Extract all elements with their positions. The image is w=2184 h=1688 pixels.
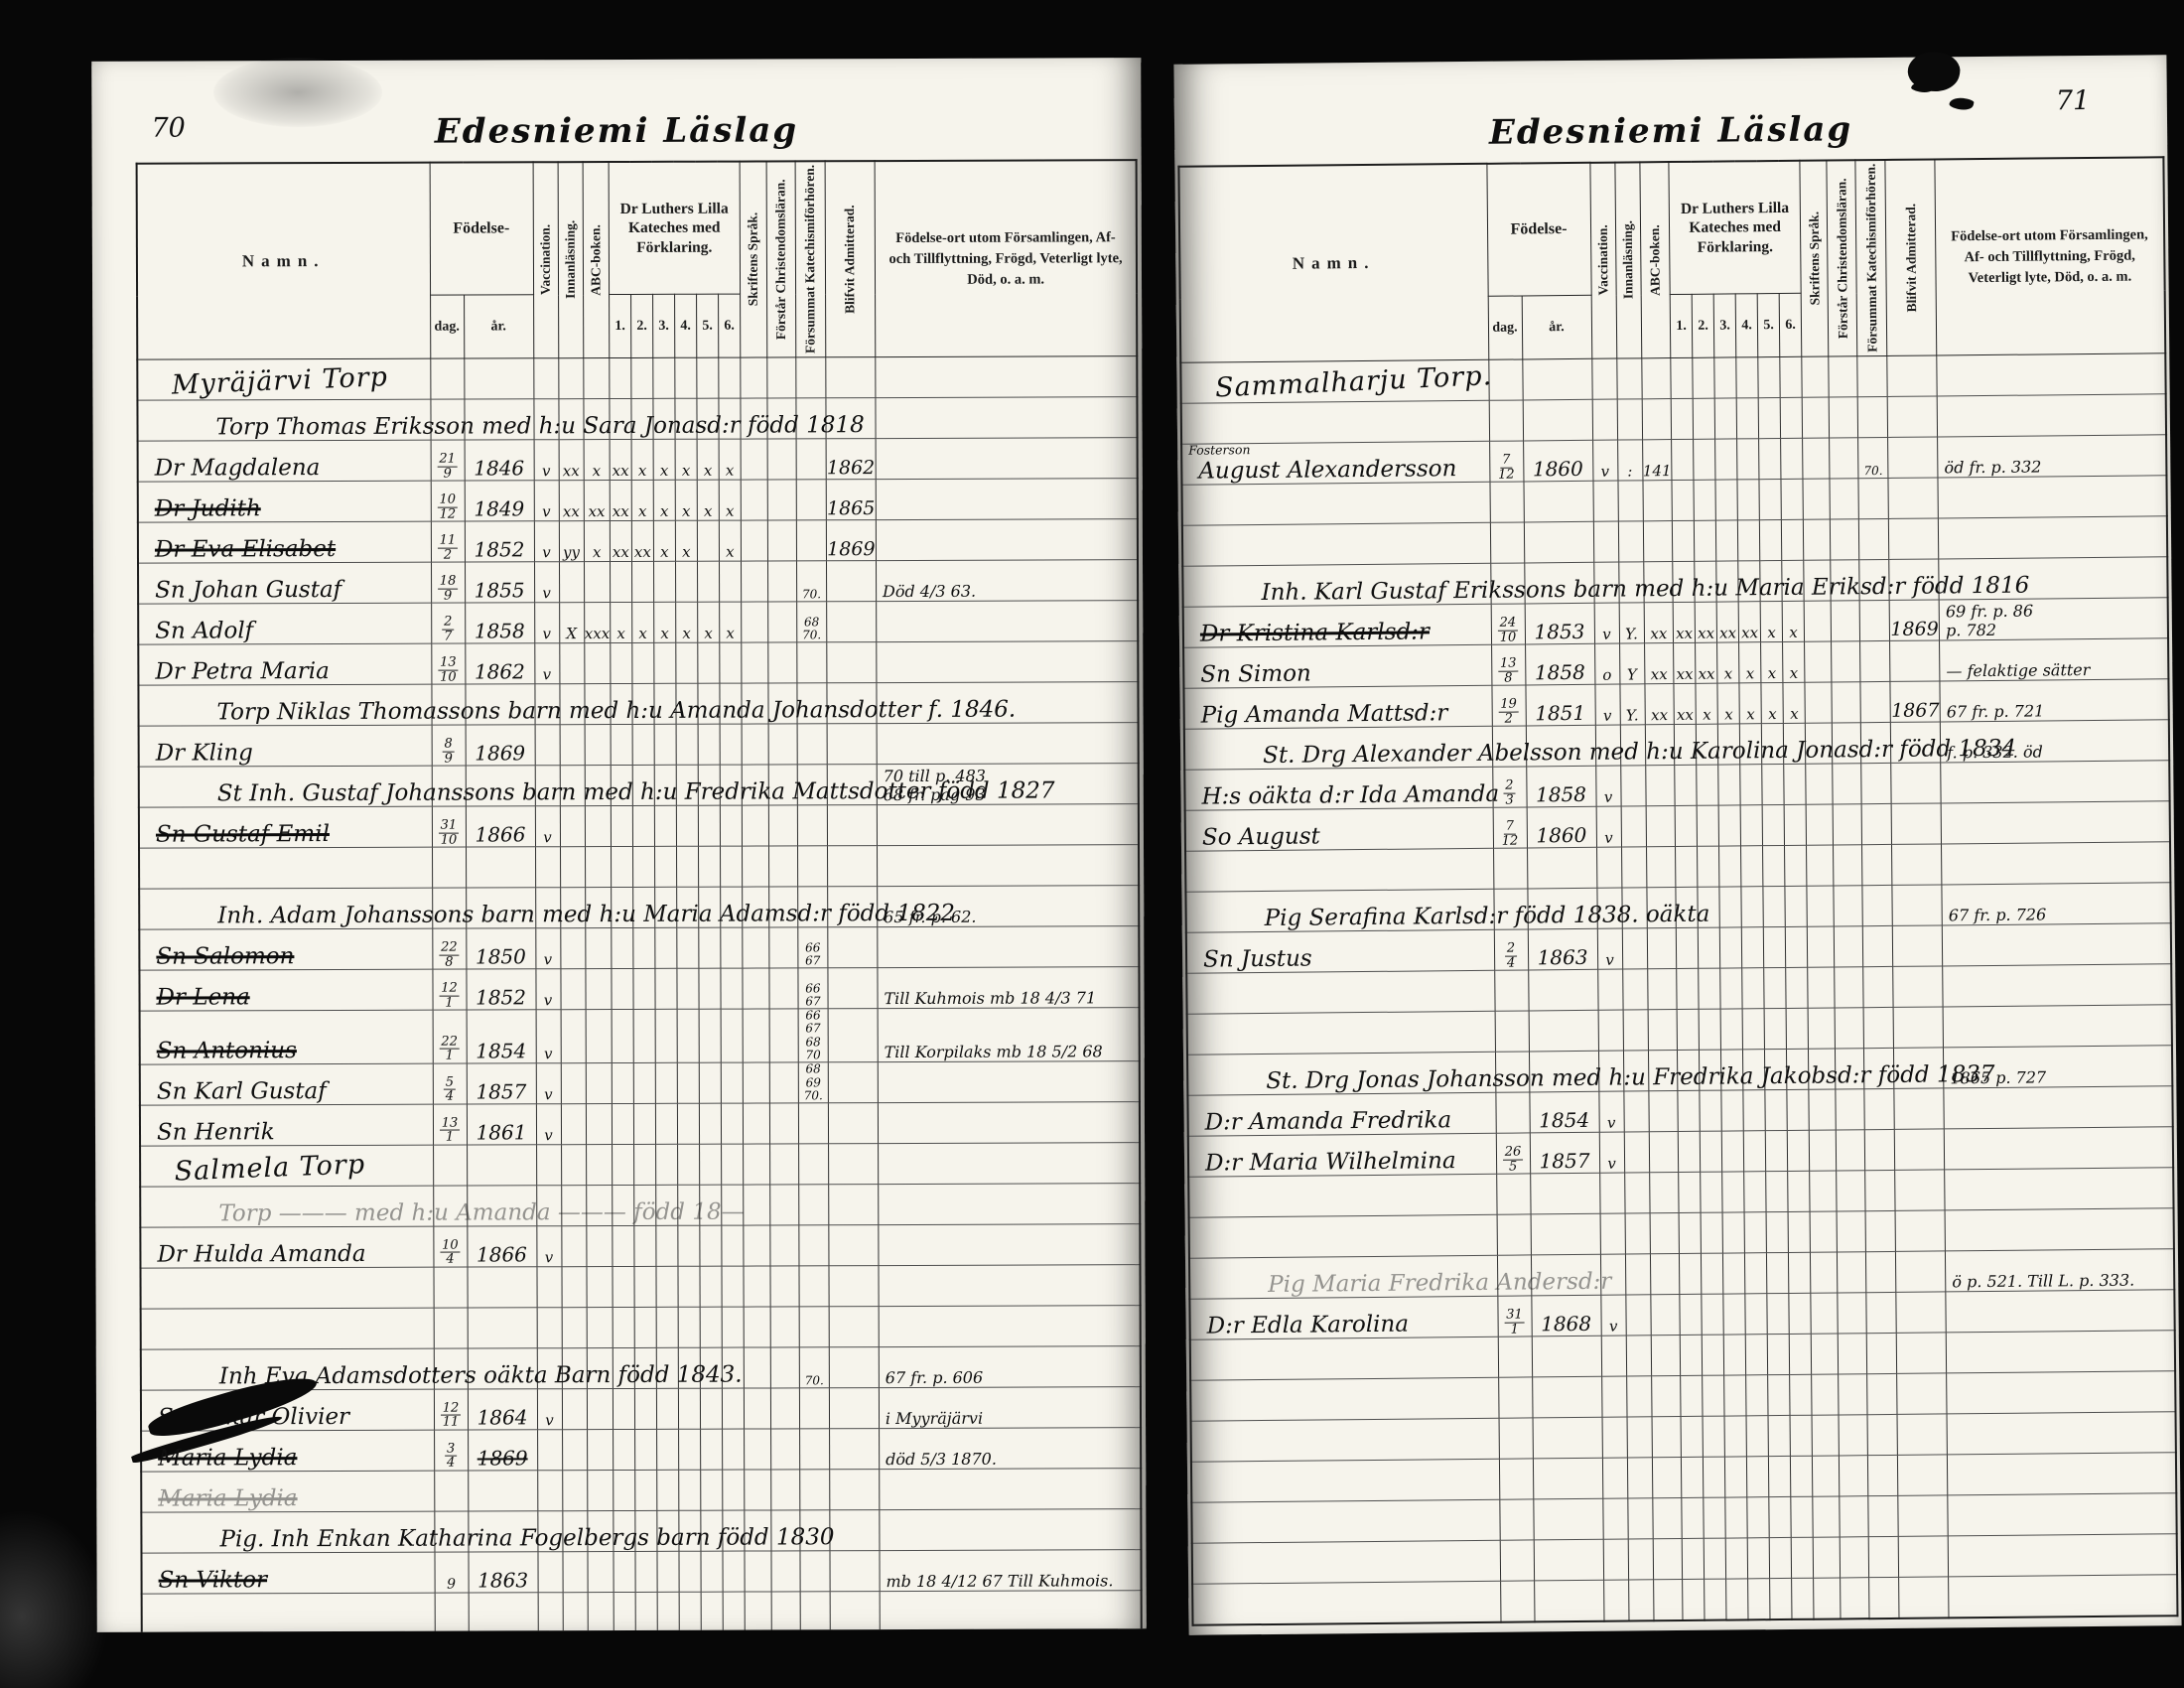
- family-name: Torp Niklas Thomassons barn med h:u Aman…: [216, 699, 1016, 725]
- cell-forsummat: 70.: [799, 1347, 829, 1388]
- cell-forsummat: [797, 846, 827, 887]
- cell-forsummat: [798, 1144, 828, 1185]
- cell-vaccination: v: [534, 562, 559, 603]
- cell-innanlasning: [562, 1308, 587, 1348]
- cell-forstar: [768, 846, 797, 887]
- cell-katekes-2: [1694, 439, 1715, 480]
- cell-birth-year: 1869: [468, 1430, 537, 1471]
- cell-katekes-1: [1683, 1580, 1705, 1620]
- cell-katekes-3: [1723, 1294, 1745, 1335]
- cell-katekes-3: [657, 1551, 679, 1592]
- margin-note: Till Korpilaks mb 18 5/2 68: [879, 1043, 1140, 1061]
- person-name: Sn Antonius: [157, 1040, 297, 1062]
- cell-admitterad: [829, 1307, 879, 1347]
- cell-skriftens-sprak: [742, 642, 768, 683]
- cell-abc: [586, 1267, 613, 1308]
- cell-birth-day: 228: [432, 928, 466, 969]
- cell-notes: — felaktige sätter: [1940, 638, 2168, 681]
- cell-birth-year: 1860: [1527, 807, 1596, 849]
- family-name: Pig. Inh Enkan Katharina Fogelbergs barn…: [219, 1526, 834, 1551]
- cell-katekes-1: [1680, 1295, 1702, 1336]
- cell-katekes-2: [633, 969, 655, 1010]
- cell-abc: [1643, 521, 1673, 562]
- cell-katekes-2: x: [632, 603, 654, 643]
- cell-katekes-4: [1741, 887, 1763, 927]
- cell-admitterad: [1898, 1455, 1948, 1495]
- cell-katekes-3: [654, 847, 676, 888]
- cell-notes: [1949, 1575, 2177, 1618]
- cell-birth-day: [1497, 1214, 1531, 1255]
- cell-katekes-3: [1722, 1172, 1744, 1212]
- cell-forstar: [1836, 1089, 1864, 1130]
- cell-abc: [1642, 399, 1672, 440]
- cell-katekes-5: [700, 1388, 722, 1429]
- cell-katekes-2: xx: [631, 521, 653, 562]
- cell-abc: [1646, 806, 1676, 847]
- cell-forsummat: [796, 439, 826, 480]
- cell-katekes-6: [719, 357, 741, 398]
- cell-admitterad: [830, 1592, 880, 1632]
- cell-innanlasning: [1621, 806, 1646, 847]
- cell-forsummat: 70.: [1858, 438, 1888, 479]
- cell-birth-day: 138: [1491, 644, 1525, 685]
- section-name: Sammalharju Torp.: [1214, 362, 1492, 401]
- cell-forstar: [767, 439, 796, 480]
- cell-innanlasning: [560, 725, 585, 766]
- cell-notes: [879, 1306, 1141, 1347]
- cell-forsummat: [1866, 1334, 1896, 1374]
- cell-notes: [1942, 842, 2170, 885]
- cell-forsummat: [1868, 1496, 1898, 1537]
- cell-forsummat: [1860, 641, 1890, 682]
- cell-katekes-4: [1746, 1416, 1768, 1457]
- person-name: Sn Adolf: [155, 621, 253, 643]
- person-name: So August: [1202, 826, 1320, 850]
- col-katekes-grad: 1.: [609, 294, 630, 357]
- cell-katekes-2: [635, 1551, 657, 1592]
- cell-katekes-1: [612, 1062, 633, 1103]
- col-katekes-grad: 6.: [1779, 293, 1802, 356]
- cell-forsummat: [1869, 1578, 1899, 1618]
- cell-birth-day: 89: [432, 725, 466, 766]
- cell-name: Inh. Adam Johanssons barn med h:u Maria …: [139, 888, 432, 929]
- cell-birth-year: [1534, 1539, 1603, 1581]
- cell-skriftens-sprak: [741, 561, 767, 602]
- cell-skriftens-sprak: [744, 1429, 770, 1470]
- cell-katekes-6: [722, 1429, 744, 1470]
- cell-katekes-3: [1720, 968, 1742, 1009]
- cell-forsummat: [799, 1388, 829, 1429]
- cell-katekes-6: [1789, 1252, 1811, 1293]
- cell-admitterad: 1862: [826, 439, 876, 480]
- cell-abc: [585, 725, 612, 766]
- family-name: Pig Serafina Karlsd:r född 1838. oäkta: [1265, 904, 1710, 930]
- margin-note: död 5/3 1870.: [880, 1450, 1141, 1469]
- cell-birth-year: [1523, 482, 1592, 523]
- cell-notes: [880, 1509, 1142, 1551]
- cell-katekes-1: [613, 1307, 634, 1347]
- cell-katekes-2: [1705, 1579, 1726, 1619]
- margin-note: ö p. 521. Till L. p. 333.: [1946, 1271, 2173, 1292]
- cell-katekes-4: x: [1739, 642, 1761, 683]
- cell-name: Dr Judith: [138, 481, 431, 522]
- cell-katekes-3: [656, 1225, 678, 1266]
- cell-notes: [878, 1102, 1140, 1144]
- cell-innanlasning: [1627, 1498, 1652, 1539]
- cell-abc: [1650, 1213, 1680, 1254]
- cell-forstar: [1838, 1252, 1866, 1293]
- record-row: Sn Henrik1311861v: [140, 1102, 1141, 1147]
- person-name: Sn Gustaf Emil: [156, 823, 330, 847]
- person-name: Sn Johan Gustaf: [155, 579, 341, 603]
- cell-katekes-5: x: [697, 480, 719, 520]
- cell-admitterad: [1892, 925, 1942, 966]
- cell-notes: [1948, 1453, 2176, 1495]
- cell-katekes-5: [701, 1592, 723, 1632]
- cell-katekes-5: [1762, 805, 1784, 846]
- cell-birth-year: [467, 1267, 536, 1308]
- cell-katekes-6: [1781, 480, 1803, 520]
- cell-katekes-3: [1719, 927, 1741, 968]
- cell-forsummat: [797, 805, 827, 846]
- cell-admitterad: [1895, 1170, 1945, 1210]
- cell-katekes-5: [1758, 357, 1780, 398]
- cell-name: [1188, 1175, 1496, 1218]
- cell-notes: [879, 1265, 1141, 1307]
- person-name: Sn Karl Gustaf: [157, 1080, 327, 1104]
- cell-admitterad: [1896, 1292, 1946, 1333]
- cell-katekes-4: [676, 642, 698, 683]
- cell-innanlasning: [562, 1430, 587, 1471]
- cell-skriftens-sprak: [1804, 601, 1831, 641]
- cell-forstar: [1831, 601, 1859, 641]
- cell-notes: ö p. 521. Till L. p. 333.: [1946, 1249, 2174, 1292]
- cell-katekes-5: x: [1761, 683, 1783, 724]
- cell-notes: [1945, 1168, 2173, 1210]
- cell-katekes-3: [1726, 1579, 1748, 1619]
- cell-katekes-5: [700, 1266, 722, 1307]
- cell-katekes-6: [723, 1551, 745, 1592]
- cell-katekes-6: [1780, 398, 1802, 439]
- cell-name: St. Drg Jonas Johansson med h:u Fredrika…: [1187, 1053, 1495, 1096]
- cell-notes: [1937, 353, 2165, 396]
- margin-note: — felaktige sätter: [1940, 660, 2167, 681]
- family-name: Pig Maria Fredrika Andersd:r: [1268, 1271, 1611, 1297]
- cell-katekes-1: [1675, 766, 1697, 806]
- cell-name: Dr Hulda Amanda: [140, 1226, 433, 1268]
- cell-admitterad: [827, 642, 877, 683]
- margin-note: 69 fr. p. 86: [1940, 602, 2167, 623]
- cell-katekes-3: [1725, 1457, 1747, 1497]
- cell-forstar: [770, 1429, 799, 1470]
- cell-katekes-3: [655, 1144, 677, 1185]
- cell-abc: [1653, 1539, 1683, 1580]
- col-ar: år.: [1522, 295, 1592, 359]
- cell-name: D:r Edla Karolina: [1189, 1296, 1497, 1339]
- cell-birth-day: 9: [434, 1552, 468, 1593]
- table-header: Namn.Födelse-Vaccination.Innanläsning.AB…: [137, 160, 1138, 359]
- cell-katekes-5: [700, 1307, 722, 1347]
- cell-katekes-3: [1714, 398, 1736, 439]
- cell-notes: [1948, 1493, 2176, 1536]
- cell-birth-year: 1846: [465, 440, 534, 481]
- cell-notes: mb 18 4/12 67 Till Kuhmois.: [880, 1550, 1142, 1592]
- cell-katekes-1: [612, 1144, 633, 1185]
- cell-katekes-6: [722, 1225, 744, 1266]
- cell-birth-year: [1532, 1336, 1601, 1377]
- cell-katekes-6: [721, 927, 743, 968]
- cell-katekes-4: [1743, 1131, 1765, 1172]
- cell-innanlasning: yy: [559, 521, 584, 562]
- col-katekes-grad: 2.: [630, 294, 652, 357]
- cell-birth-year: 1866: [466, 806, 535, 847]
- cell-birth-day: [430, 358, 464, 399]
- cell-katekes-2: [1699, 968, 1720, 1009]
- cell-forsummat: [799, 1185, 829, 1225]
- cell-vaccination: v: [535, 969, 560, 1010]
- cell-katekes-4: [675, 357, 697, 398]
- col-katekes-grad: 6.: [718, 294, 740, 357]
- cell-katekes-1: [1672, 440, 1694, 481]
- person-name: Dr Kristina Karlsd:r: [1200, 622, 1430, 646]
- cell-katekes-1: xx: [610, 440, 631, 481]
- col-innanlasning: Innanläsning.: [1614, 162, 1641, 358]
- cell-skriftens-sprak: [1807, 845, 1834, 886]
- cell-abc: [586, 1063, 613, 1104]
- cell-katekes-4: [1741, 846, 1763, 887]
- margin-note: mb 18 4/12 67 Till Kuhmois.: [880, 1572, 1141, 1591]
- cell-skriftens-sprak: [1814, 1578, 1841, 1618]
- cell-admitterad: [826, 357, 876, 398]
- cell-notes: [876, 397, 1138, 439]
- cell-skriftens-sprak: [1802, 356, 1829, 397]
- cell-katekes-6: [722, 1388, 744, 1429]
- cell-katekes-6: [1791, 1537, 1813, 1578]
- cell-katekes-4: [1740, 765, 1762, 805]
- cell-katekes-5: [1770, 1579, 1792, 1619]
- cell-notes: [878, 926, 1140, 968]
- cell-katekes-6: [1789, 1293, 1811, 1334]
- cell-birth-day: [432, 847, 466, 888]
- cell-katekes-6: x: [1783, 641, 1805, 682]
- record-row: Dr Hulda Amanda1041866v: [140, 1224, 1141, 1269]
- cell-katekes-5: [698, 805, 720, 846]
- cell-vaccination: [538, 1593, 563, 1632]
- cell-innanlasning: [1617, 481, 1642, 521]
- cell-admitterad: [830, 1551, 880, 1592]
- cell-birth-day: [433, 1267, 467, 1308]
- cell-forsummat: [1864, 1130, 1894, 1171]
- cell-name: Sn Gustaf Emil: [139, 806, 432, 848]
- cell-innanlasning: [1623, 1091, 1648, 1132]
- cell-katekes-1: [611, 643, 632, 684]
- cell-birth-year: [1533, 1458, 1602, 1499]
- cell-forsummat: [1864, 1089, 1894, 1130]
- cell-forsummat: [799, 1429, 829, 1470]
- cell-skriftens-sprak: [743, 1062, 769, 1103]
- cell-katekes-4: [679, 1551, 701, 1592]
- family-name: Torp ——— med h:u Amanda ——— född 18—: [218, 1201, 744, 1226]
- cell-innanlasning: [1625, 1254, 1650, 1295]
- cell-katekes-1: [1671, 358, 1693, 399]
- record-row: Sn Salomon2281850v66 67: [139, 926, 1140, 971]
- cell-katekes-2: [1703, 1416, 1724, 1457]
- cell-abc: xxx: [584, 603, 611, 643]
- cell-birth-year: [1532, 1376, 1601, 1418]
- cell-forsummat: [1859, 601, 1889, 641]
- cell-forstar: [771, 1551, 800, 1592]
- cell-birth-year: 1854: [1529, 1092, 1598, 1134]
- cell-birth-day: [433, 1145, 467, 1186]
- cell-vaccination: v: [1599, 1132, 1624, 1173]
- family-name: St Inh. Gustaf Johanssons barn med h:u F…: [217, 780, 1055, 806]
- cell-katekes-4: [1736, 398, 1758, 439]
- cell-skriftens-sprak: [742, 846, 768, 887]
- cell-forstar: [769, 1009, 798, 1062]
- cell-notes: Till Korpilaks mb 18 5/2 68: [878, 1008, 1140, 1062]
- cell-name: August AlexanderssonFosterson: [1181, 442, 1489, 486]
- cell-forstar: [770, 1225, 799, 1266]
- cell-katekes-5: x: [1761, 642, 1783, 683]
- cell-forstar: [771, 1592, 800, 1632]
- cell-birth-year: 1858: [1525, 644, 1594, 686]
- col-katekes: Dr Luthers Lilla Kateches med Förklaring…: [1669, 161, 1801, 295]
- cell-skriftens-sprak: [745, 1470, 771, 1510]
- cell-birth-day: [434, 1471, 468, 1511]
- cell-katekes-1: [1679, 1173, 1701, 1213]
- cell-katekes-5: [1768, 1375, 1790, 1416]
- cell-katekes-3: [654, 725, 676, 766]
- cell-name: H:s oäkta d:r Ida Amanda: [1184, 768, 1492, 811]
- cell-name: [1191, 1459, 1499, 1502]
- cell-name: Sn Viktor: [141, 1552, 434, 1594]
- cell-admitterad: [1888, 478, 1938, 518]
- cell-birth-year: [469, 1593, 538, 1632]
- cell-abc: x: [584, 440, 611, 481]
- cell-katekes-1: [1673, 521, 1695, 562]
- cell-abc: [585, 969, 612, 1010]
- table-header: Namn.Födelse-Vaccination.Innanläsning.AB…: [1178, 157, 2164, 362]
- person-name: D:r Amanda Fredrika: [1205, 1109, 1452, 1134]
- record-row: Sn Karl Gustaf541857v68 69 70.: [140, 1061, 1141, 1106]
- cell-name: St. Drg Alexander Abelsson med h:u Karol…: [1184, 727, 1492, 771]
- cell-birth-day: [435, 1593, 469, 1632]
- cell-abc: xx: [584, 481, 611, 521]
- cell-birth-day: 112: [431, 521, 465, 562]
- cell-katekes-6: [721, 1062, 743, 1103]
- margin-note: 67 fr. p. 606: [880, 1368, 1141, 1387]
- scanned-parish-register-spread: 70 Edesniemi Läslag Namn.Födelse-Vaccina…: [0, 0, 2184, 1688]
- cell-abc: [588, 1593, 614, 1632]
- cell-birth-year: 1852: [466, 969, 535, 1010]
- cell-abc: [585, 847, 612, 888]
- cell-forsummat: [797, 724, 827, 765]
- cell-name: [139, 847, 432, 889]
- cell-birth-year: [466, 847, 535, 888]
- col-dag: dag.: [430, 295, 464, 358]
- cell-vaccination: v: [1600, 1295, 1625, 1336]
- margin-note: p. 782: [1940, 620, 2167, 640]
- cell-katekes-5: [699, 1062, 721, 1103]
- cell-admitterad: [829, 1388, 879, 1429]
- cell-katekes-3: [655, 1062, 677, 1103]
- cell-katekes-3: [1725, 1497, 1747, 1538]
- cell-katekes-2: [1700, 1090, 1721, 1131]
- cell-skriftens-sprak: [1812, 1374, 1839, 1415]
- cell-katekes-1: [1676, 928, 1698, 969]
- cell-abc: [583, 358, 610, 399]
- cell-forstar: [1841, 1578, 1869, 1618]
- cell-notes: [1945, 1208, 2173, 1251]
- cell-skriftens-sprak: [743, 927, 769, 968]
- cell-name: Sn Adolf: [138, 603, 431, 644]
- cell-admitterad: [1894, 1088, 1944, 1129]
- cell-katekes-4: xx: [1738, 602, 1760, 642]
- cell-admitterad: [1898, 1495, 1948, 1536]
- cell-abc: [1653, 1580, 1683, 1620]
- cell-katekes-5: [698, 724, 720, 765]
- record-row: Sn Adolf271858vXxxxxxxxxx68 70.: [138, 601, 1139, 645]
- cell-katekes-2: [632, 847, 654, 888]
- person-name: Maria Lydia: [158, 1487, 297, 1510]
- cell-innanlasning: [1625, 1295, 1650, 1336]
- cell-katekes-2: [633, 1144, 655, 1185]
- cell-katekes-4: [1737, 439, 1759, 480]
- cell-katekes-5: [700, 1429, 722, 1470]
- cell-name: Myräjärvi Torp: [137, 358, 430, 400]
- cell-abc: [1642, 481, 1672, 521]
- cell-name: Sn Salomon: [139, 928, 432, 970]
- cell-katekes-6: x: [1782, 602, 1804, 642]
- family-name: Torp Thomas Eriksson med h:u Sara Jonasd…: [215, 414, 864, 439]
- cell-katekes-6: [1791, 1456, 1813, 1496]
- cell-admitterad: [1894, 1129, 1944, 1170]
- record-row: Dr Magdalena2191846vxxxxxxxxxx1862: [138, 438, 1139, 483]
- cell-notes: [1948, 1534, 2176, 1577]
- cell-name: Dr Kristina Karlsd:r: [1183, 605, 1491, 648]
- table-body: Sammalharju Torp.August AlexanderssonFos…: [1180, 353, 2177, 1624]
- cell-abc: [1650, 1295, 1680, 1336]
- cell-admitterad: [1899, 1577, 1949, 1618]
- col-skriftens-sprak: Skriftens Språk.: [740, 161, 767, 357]
- cell-name: St Inh. Gustaf Johanssons barn med h:u F…: [139, 766, 432, 807]
- cell-vaccination: [1591, 358, 1616, 399]
- cell-notes: [877, 641, 1139, 683]
- cell-skriftens-sprak: [745, 1592, 771, 1632]
- page-number: 70: [151, 113, 185, 144]
- cell-birth-day: [1495, 1092, 1529, 1133]
- cell-birth-year: [1527, 848, 1596, 890]
- margin-note: Till Kuhmois mb 18 4/3 71: [878, 989, 1139, 1008]
- cell-admitterad: [829, 1429, 879, 1470]
- cell-name: Dr Magdalena: [138, 440, 431, 482]
- cell-name: Pig Amanda Mattsd:r: [1183, 686, 1491, 730]
- cell-skriftens-sprak: [743, 1009, 769, 1062]
- cell-katekes-3: [1716, 520, 1738, 561]
- record-table-left: Namn.Födelse-Vaccination.Innanläsning.AB…: [136, 159, 1144, 1632]
- cell-katekes-5: [1763, 887, 1785, 927]
- cell-vaccination: [1598, 1010, 1623, 1051]
- cell-katekes-4: [1745, 1253, 1767, 1294]
- cell-vaccination: v: [534, 521, 559, 562]
- cell-forsummat: [797, 642, 827, 683]
- cell-katekes-3: [654, 806, 676, 847]
- cell-name: Inh. Karl Gustaf Erikssons barn med h:u …: [1182, 564, 1490, 608]
- cell-skriftens-sprak: [1811, 1334, 1838, 1374]
- cell-birth-year: [1523, 400, 1592, 442]
- cell-katekes-1: [1678, 1091, 1700, 1132]
- cell-katekes-3: x: [1717, 642, 1739, 683]
